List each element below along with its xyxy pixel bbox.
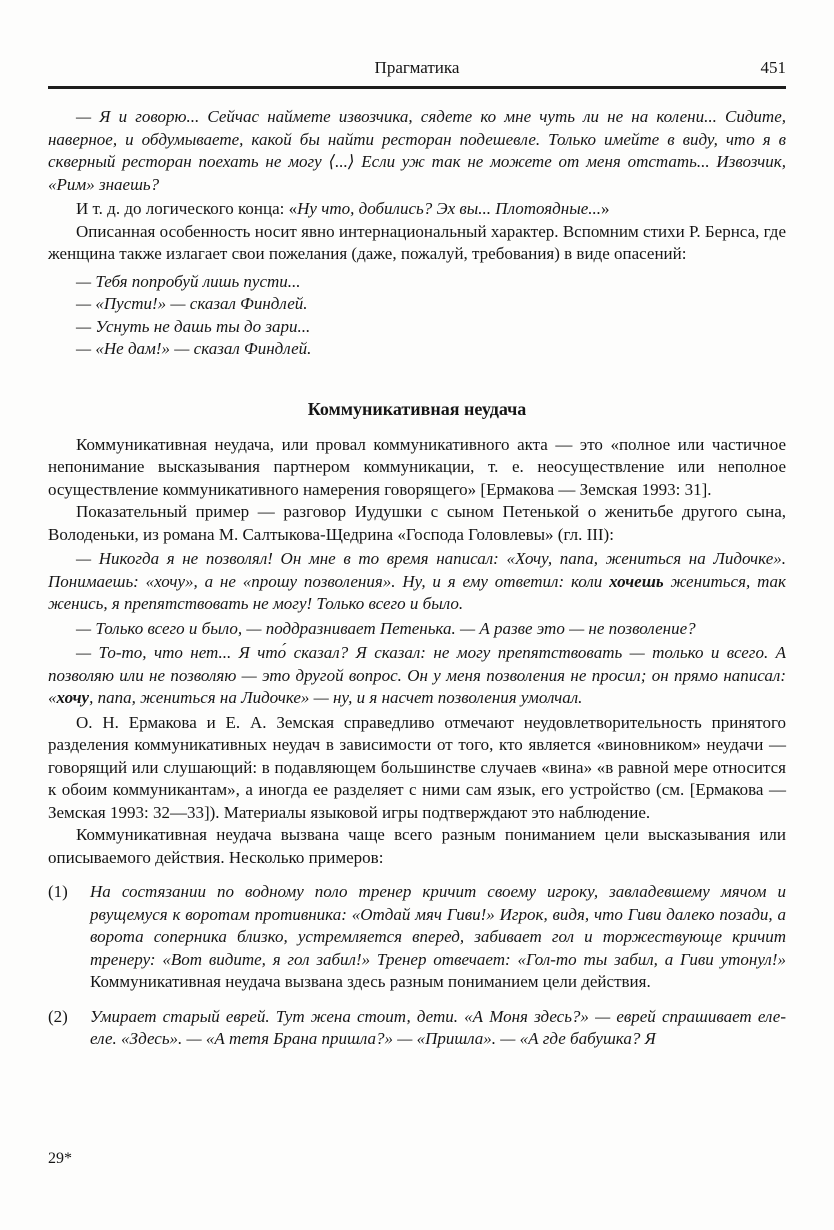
- example-label: (2): [48, 1006, 90, 1051]
- section-heading: Коммуникативная неудача: [48, 397, 786, 421]
- book-page: Прагматика 451 — Я и говорю... Сейчас на…: [0, 0, 834, 1230]
- text-segment: Коммуникативная неудача вызвана здесь ра…: [90, 972, 651, 991]
- verse-block: — Тебя попробуй лишь пусти...— «Пусти!» …: [48, 271, 786, 361]
- text-segment: — Я и говорю... Сейчас наймете извозчика…: [48, 107, 786, 194]
- page-number: 451: [761, 58, 787, 78]
- quote-paragraph: — Только всего и было, — поддразнивает П…: [48, 618, 786, 641]
- running-title: Прагматика: [48, 58, 786, 78]
- quote-paragraph: — То-то, что нет... Я что́ сказал? Я ска…: [48, 642, 786, 710]
- text-segment: И т. д. до логического конца: «: [76, 199, 297, 218]
- quote-paragraph: — Я и говорю... Сейчас наймете извозчика…: [48, 106, 786, 196]
- paragraph: Коммуникативная неудача вызвана чаще все…: [48, 824, 786, 869]
- text-segment: »: [601, 199, 610, 218]
- verse-line: — Уснуть не дашь ты до зари...: [48, 316, 786, 339]
- text-segment: Описанная особенность носит явно интерна…: [48, 222, 786, 264]
- paragraph: Показательный пример — разговор Иудушки …: [48, 501, 786, 546]
- example-text: Умирает старый еврей. Тут жена стоит, де…: [90, 1006, 786, 1051]
- page-body: — Я и говорю... Сейчас наймете извозчика…: [48, 89, 786, 1051]
- quote-paragraph: — Никогда я не позволял! Он мне в то вре…: [48, 548, 786, 616]
- text-segment: хочешь: [609, 572, 664, 591]
- example-text: На состязании по водному поло тренер кри…: [90, 881, 786, 994]
- text-segment: О. Н. Ермакова и Е. А. Земская справедли…: [48, 713, 786, 822]
- text-segment: — Только всего и было, — поддразнивает П…: [76, 619, 696, 638]
- text-segment: Показательный пример — разговор Иудушки …: [48, 502, 786, 544]
- text-segment: хочу: [57, 688, 90, 707]
- running-head: Прагматика 451: [48, 58, 786, 80]
- paragraph: Описанная особенность носит явно интерна…: [48, 221, 786, 266]
- verse-line: — Тебя попробуй лишь пусти...: [48, 271, 786, 294]
- paragraph: Коммуникативная неудача, или провал комм…: [48, 434, 786, 502]
- example-item: (1)На состязании по водному поло тренер …: [48, 881, 786, 994]
- text-segment: Коммуникативная неудача, или провал комм…: [48, 435, 786, 499]
- example-item: (2)Умирает старый еврей. Тут жена стоит,…: [48, 1006, 786, 1051]
- text-segment: Умирает старый еврей. Тут жена стоит, де…: [90, 1007, 786, 1049]
- text-segment: , папа, жениться на Лидочке» — ну, и я н…: [89, 688, 582, 707]
- text-segment: На состязании по водному поло тренер кри…: [90, 882, 786, 969]
- verse-line: — «Не дам!» — сказал Финдлей.: [48, 338, 786, 361]
- paragraph: О. Н. Ермакова и Е. А. Земская справедли…: [48, 712, 786, 825]
- example-label: (1): [48, 881, 90, 994]
- text-segment: Ну что, добились? Эх вы... Плотоядные...: [297, 199, 601, 218]
- text-segment: Коммуникативная неудача вызвана чаще все…: [48, 825, 786, 867]
- verse-line: — «Пусти!» — сказал Финдлей.: [48, 293, 786, 316]
- signature-mark: 29*: [48, 1150, 72, 1168]
- paragraph: И т. д. до логического конца: «Ну что, д…: [48, 198, 786, 221]
